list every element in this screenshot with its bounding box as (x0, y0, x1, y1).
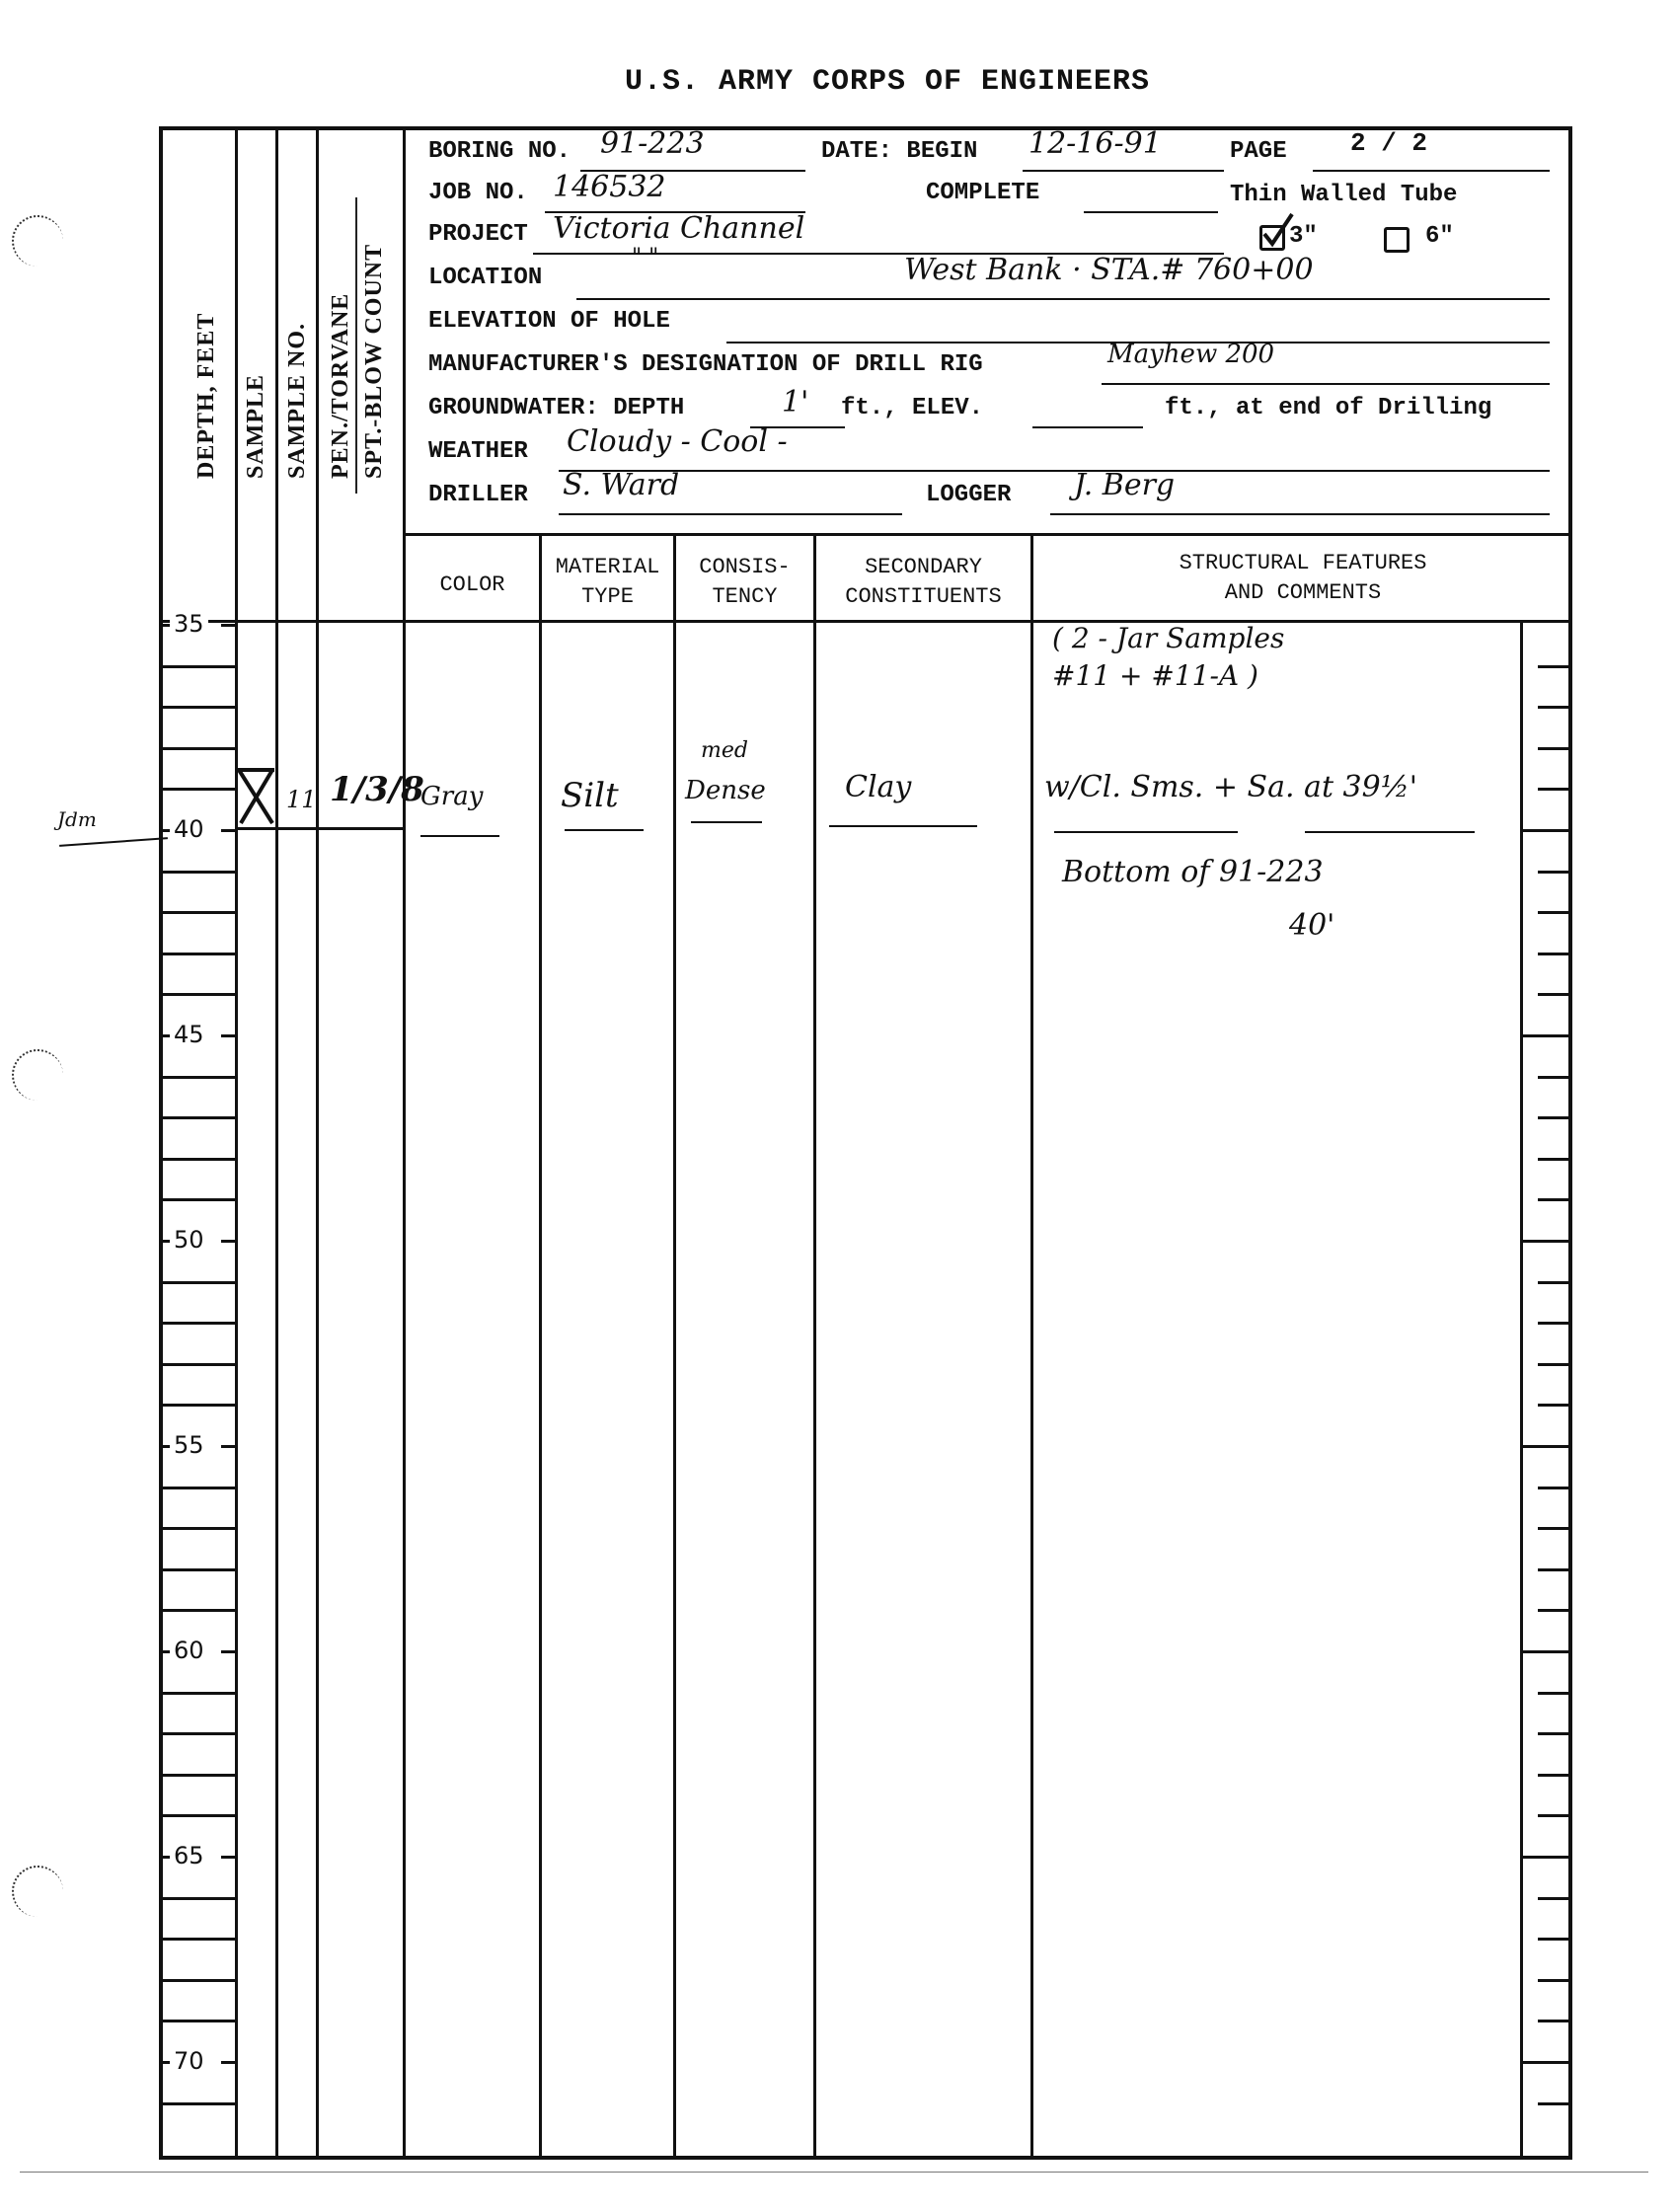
scale-tick (1538, 1609, 1568, 1612)
groundwater-elev-label: ft., ELEV. (841, 395, 983, 421)
scale-tick (1538, 911, 1568, 914)
consistency-header: CONSIS-TENCY (676, 553, 813, 612)
tube-6in-label: 6" (1425, 223, 1454, 250)
underline (1054, 831, 1238, 833)
driller-field[interactable]: S. Ward (563, 468, 679, 502)
elevation-label: ELEVATION OF HOLE (428, 308, 670, 335)
scale-tick (1538, 1487, 1568, 1489)
scale-tick (1538, 665, 1568, 668)
margin-note: Jdm (57, 807, 97, 831)
divider (275, 126, 278, 2160)
fraction-bar (355, 197, 357, 494)
depth-foot-line (163, 1774, 235, 1777)
comment-jar-samples: ( 2 - Jar Samples (1052, 622, 1284, 654)
consistency-value: Dense (685, 776, 766, 805)
scale-tick (1538, 1527, 1568, 1530)
underline (1313, 170, 1550, 172)
underline (1032, 426, 1143, 428)
depth-foot-line (163, 1814, 235, 1817)
depth-major-tick (221, 1034, 235, 1037)
header-line: TENCY (712, 584, 777, 609)
comment-final-depth: 40' (1289, 908, 1334, 943)
depth-label: 55 (170, 1431, 208, 1459)
underline (691, 821, 762, 823)
scale-tick (1520, 1856, 1568, 1859)
scale-tick (1538, 1774, 1568, 1777)
scale-tick (1538, 1116, 1568, 1119)
depth-foot-line (163, 1568, 235, 1571)
depth-foot-line (163, 953, 235, 955)
weather-label: WEATHER (428, 438, 528, 465)
tube-6in-checkbox[interactable] (1384, 227, 1409, 253)
job-no-label: JOB NO. (428, 180, 528, 206)
blow-count-value: 1/3/8 (330, 770, 424, 809)
boring-no-label: BORING NO. (428, 138, 571, 165)
header-line: STRUCTURAL FEATURES (1180, 551, 1427, 575)
consistency-modifier: med (701, 738, 748, 763)
depth-label: 45 (170, 1021, 208, 1048)
depth-foot-line (163, 1116, 235, 1119)
drill-rig-field[interactable]: Mayhew 200 (1107, 340, 1274, 369)
job-no-field[interactable]: 146532 (553, 170, 666, 204)
complete-label: COMPLETE (926, 180, 1039, 206)
groundwater-depth-field[interactable]: 1' (782, 385, 808, 420)
divider (316, 126, 319, 2160)
comment-constituents: w/Cl. Sms. + Sa. at 39½' (1044, 770, 1417, 804)
depth-foot-line (163, 788, 235, 791)
depth-foot-line (163, 1609, 235, 1612)
underline (1084, 211, 1218, 213)
depth-foot-line (163, 911, 235, 914)
punch-hole-mark (12, 1049, 63, 1101)
scale-tick (1538, 1692, 1568, 1695)
drill-rig-label: MANUFACTURER'S DESIGNATION OF DRILL RIG (428, 351, 983, 378)
punch-hole-mark (12, 215, 63, 267)
sample-bottom-line (235, 827, 403, 830)
depth-foot-line (163, 1487, 235, 1489)
driller-label: DRILLER (428, 482, 528, 508)
depth-major-tick (221, 1240, 235, 1243)
secondary-value: Clay (845, 770, 911, 804)
underline (559, 513, 902, 515)
scale-tick (1520, 1650, 1568, 1653)
divider (813, 533, 816, 2160)
header-line: TYPE (581, 584, 634, 609)
sample-no-value: 11 (286, 786, 317, 813)
scale-tick (1538, 2020, 1568, 2022)
groundwater-tail-label: ft., at end of Drilling (1165, 395, 1491, 421)
depth-major-tick (221, 1445, 235, 1448)
divider (1520, 620, 1523, 2160)
spt-blow-count-header: SPT.-BLOW COUNT (361, 244, 388, 479)
underline (559, 470, 1550, 472)
depth-foot-line (163, 1692, 235, 1695)
scale-tick (1538, 1814, 1568, 1817)
sample-header: SAMPLE (243, 374, 269, 479)
pen-torvane-header: PEN./TORVANE (328, 293, 354, 479)
location-label: LOCATION (428, 265, 542, 291)
form-title: U.S. ARMY CORPS OF ENGINEERS (0, 65, 1676, 99)
depth-foot-line (163, 1404, 235, 1407)
underline (1305, 831, 1475, 833)
depth-foot-line (163, 1322, 235, 1325)
depth-label: 65 (170, 1842, 208, 1869)
underline (420, 835, 499, 837)
depth-feet-header: DEPTH, FEET (193, 313, 220, 479)
underline (565, 829, 644, 831)
scale-tick (1538, 1281, 1568, 1284)
thin-walled-tube-label: Thin Walled Tube (1230, 182, 1457, 208)
margin-arrow-line (59, 837, 168, 847)
depth-foot-line (163, 2102, 235, 2105)
depth-label: 35 (170, 610, 208, 638)
material-type-header: MATERIALTYPE (542, 553, 673, 612)
scale-tick (1538, 706, 1568, 709)
depth-foot-line (163, 747, 235, 750)
header-line: SECONDARY (865, 555, 982, 579)
scale-tick (1538, 788, 1568, 791)
sample-no-header: SAMPLE NO. (284, 323, 311, 479)
depth-label: 50 (170, 1226, 208, 1254)
tube-3in-checkbox[interactable] (1259, 225, 1285, 251)
scale-tick (1538, 747, 1568, 750)
divider (159, 620, 1572, 623)
scale-tick (1538, 1897, 1568, 1900)
header-line: CONSIS- (699, 555, 790, 579)
divider (403, 126, 406, 2160)
depth-major-tick (221, 624, 235, 627)
underline (829, 825, 977, 827)
project-field[interactable]: Victoria Channel (553, 211, 804, 246)
location-ditto: " " (632, 245, 658, 269)
depth-foot-line (163, 993, 235, 996)
scale-tick (1538, 1158, 1568, 1161)
logger-field[interactable]: J. Berg (1074, 468, 1175, 502)
scale-tick (1520, 1240, 1568, 1243)
scale-tick (1538, 1363, 1568, 1366)
divider (403, 533, 1572, 536)
secondary-constituents-header: SECONDARYCONSTITUENTS (816, 553, 1030, 612)
date-begin-field[interactable]: 12-16-91 (1028, 126, 1162, 161)
depth-foot-line (163, 1076, 235, 1079)
sample-x-icon (237, 768, 276, 825)
divider (673, 533, 676, 2160)
scale-tick (1538, 1732, 1568, 1735)
underline (1023, 170, 1224, 172)
depth-foot-line (163, 1897, 235, 1900)
depth-foot-line (163, 1363, 235, 1366)
scale-tick (1520, 1034, 1568, 1037)
scale-tick (1538, 1404, 1568, 1407)
depth-foot-line (163, 2020, 235, 2022)
depth-label: 60 (170, 1637, 208, 1664)
depth-foot-line (163, 1158, 235, 1161)
depth-major-tick (221, 829, 235, 832)
color-value: Gray (420, 782, 483, 811)
punch-hole-mark (12, 1866, 63, 1917)
scale-tick (1538, 1979, 1568, 1982)
scale-tick (1538, 2102, 1568, 2105)
scale-tick (1538, 1198, 1568, 1201)
page-label: PAGE (1230, 138, 1287, 165)
depth-label: 40 (170, 815, 208, 843)
location-field[interactable]: West Bank · STA.# 760+00 (904, 253, 1314, 287)
depth-foot-line (163, 1281, 235, 1284)
scan-edge-line (20, 2172, 1648, 2173)
comment-bottom-of-boring: Bottom of 91-223 (1062, 855, 1324, 889)
header-line: AND COMMENTS (1225, 580, 1381, 605)
groundwater-label: GROUNDWATER: DEPTH (428, 395, 684, 421)
divider (1030, 533, 1033, 2160)
depth-foot-line (163, 706, 235, 709)
depth-foot-line (163, 1938, 235, 1941)
page-field[interactable]: 2 / 2 (1350, 128, 1427, 158)
scale-tick (1538, 1076, 1568, 1079)
logger-label: LOGGER (926, 482, 1011, 508)
depth-major-tick (221, 1650, 235, 1653)
scale-tick (1520, 829, 1568, 832)
project-label: PROJECT (428, 221, 528, 248)
scale-tick (1538, 993, 1568, 996)
depth-major-tick (221, 2061, 235, 2064)
divider (235, 126, 238, 2160)
scale-tick (1520, 1445, 1568, 1448)
boring-no-field[interactable]: 91-223 (600, 126, 705, 161)
scale-tick (1538, 1938, 1568, 1941)
scale-tick (1520, 2061, 1568, 2064)
divider (539, 533, 542, 2160)
depth-foot-line (163, 1732, 235, 1735)
underline (1102, 383, 1550, 385)
depth-foot-line (163, 1979, 235, 1982)
structural-features-header: STRUCTURAL FEATURESAND COMMENTS (1033, 549, 1572, 608)
depth-foot-line (163, 1198, 235, 1201)
weather-field[interactable]: Cloudy - Cool - (567, 424, 788, 459)
scale-tick (1538, 1568, 1568, 1571)
depth-major-tick (221, 1856, 235, 1859)
date-begin-label: DATE: BEGIN (821, 138, 977, 165)
scale-tick (1538, 953, 1568, 955)
depth-foot-line (163, 1527, 235, 1530)
header-line: CONSTITUENTS (845, 584, 1001, 609)
underline (576, 298, 1550, 300)
color-header: COLOR (406, 571, 539, 600)
comment-sample-ids: #11 + #11-A ) (1052, 659, 1258, 692)
tube-3in-label: 3" (1289, 223, 1318, 250)
material-value: Silt (561, 776, 619, 815)
depth-label: 70 (170, 2047, 208, 2075)
depth-foot-line (163, 871, 235, 874)
header-line: MATERIAL (556, 555, 660, 579)
depth-foot-line (163, 665, 235, 668)
underline (1050, 513, 1550, 515)
scale-tick (1538, 871, 1568, 874)
scale-tick (1538, 1322, 1568, 1325)
